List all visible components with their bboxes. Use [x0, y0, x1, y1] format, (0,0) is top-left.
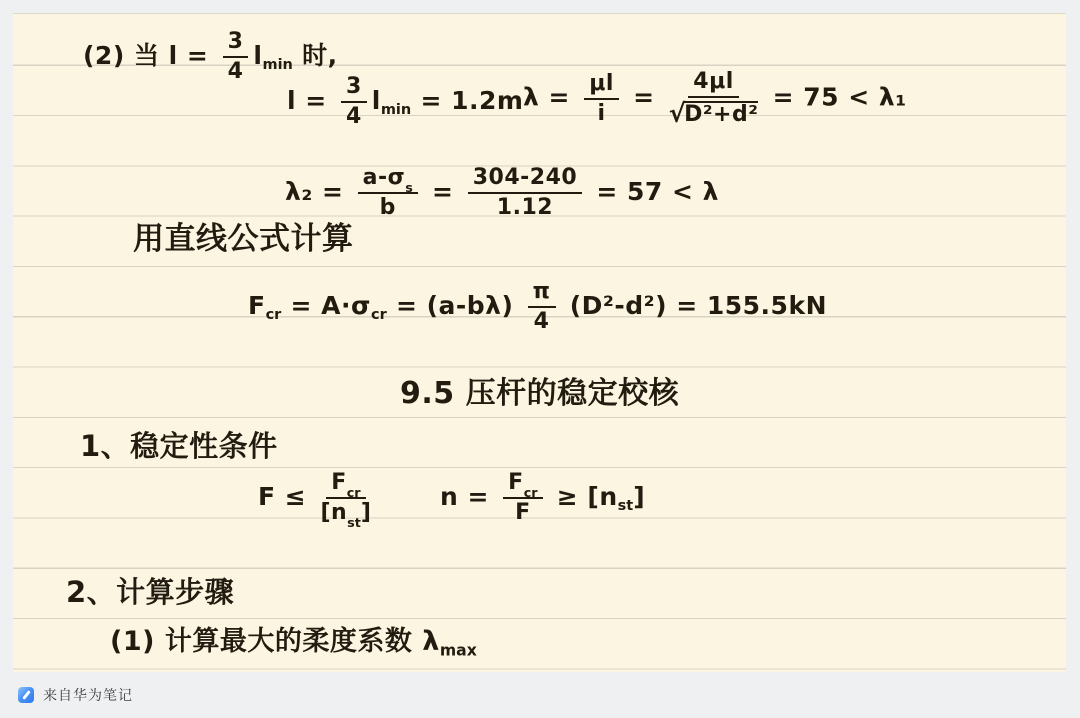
watermark-label: 来自华为笔记 — [43, 685, 133, 705]
formula-text: = — [423, 177, 463, 206]
note-text: 用直线公式计算 — [133, 221, 354, 257]
note-line-length-result: l = 34lmin = 1.2m — [287, 76, 523, 128]
formula-text: λ₂ = — [285, 177, 353, 206]
fraction-three-quarters: 34 — [223, 31, 249, 83]
formula-text: λ = — [523, 83, 579, 112]
fraction-fcr-over-f: FcrF — [503, 472, 542, 524]
fraction-numerator: 3 — [223, 31, 249, 58]
fraction-numerator: 3 — [341, 76, 367, 103]
note-line-stability-inequality: F ≤ Fcr[nst] — [258, 472, 376, 524]
subscript-cr: cr — [371, 307, 387, 323]
item-text: 2、计算步骤 — [66, 575, 234, 609]
subscript-min: min — [262, 57, 292, 73]
fraction-pi-over-4: π4 — [528, 281, 556, 333]
note-text: (1) 计算最大的柔度系数 λmax — [110, 626, 477, 657]
formula-text: n = — [440, 482, 498, 511]
fraction-denominator: 4 — [228, 58, 244, 83]
note-line-slenderness: λ = μli = 4μl√D²+d² = 75 < λ₁ — [523, 71, 907, 126]
fraction-numerator: Fcr — [326, 472, 365, 499]
formula-text: Fcr — [248, 291, 281, 320]
subscript-min: min — [381, 102, 411, 118]
formula-text: = (a-bλ) — [387, 291, 523, 320]
formula-text: = 75 < λ₁ — [763, 83, 906, 112]
fraction-denominator: 1.12 — [497, 194, 553, 219]
list-item-stability-condition: 1、稳定性条件 — [80, 430, 278, 463]
watermark-bar: 来自华为笔记 — [0, 672, 1080, 718]
fraction-fcr-over-nst: Fcr[nst] — [320, 472, 371, 524]
fraction-numerator: π — [528, 281, 556, 308]
note-line-use-straight-line-formula: 用直线公式计算 — [133, 222, 354, 258]
item-text: 1、稳定性条件 — [80, 429, 278, 463]
fraction-4mul-over-sqrt: 4μl√D²+d² — [669, 71, 759, 126]
formula-text: lmin — [372, 86, 411, 115]
fraction-denominator: F — [515, 499, 531, 524]
formula-text: (2) 当 l = — [83, 41, 218, 70]
formula-text: = 1.2m — [411, 86, 523, 115]
fraction-denominator: [nst] — [320, 499, 371, 524]
subscript-cr: cr — [266, 307, 282, 323]
formula-text: (D²-d²) = 155.5kN — [561, 291, 827, 320]
formula-text: lmin — [253, 41, 292, 70]
fraction-numerator: 4μl — [688, 71, 739, 98]
note-line-critical-force: Fcr = A·σcr = (a-bλ) π4 (D²-d²) = 155.5k… — [248, 281, 827, 333]
fraction-denominator: b — [380, 194, 396, 219]
note-line-step1: (1) 计算最大的柔度系数 λmax — [110, 626, 477, 657]
fraction-denominator: 4 — [346, 103, 362, 128]
fraction-three-quarters: 34 — [341, 76, 367, 128]
fraction-numerator: a-σs — [358, 167, 418, 194]
sqrt-radicand: D²+d² — [684, 101, 758, 126]
list-item-calculation-steps: 2、计算步骤 — [66, 576, 234, 609]
subscript-st: st — [618, 498, 634, 514]
fraction-mu-l-over-i: μli — [584, 73, 619, 125]
formula-text: = — [624, 83, 664, 112]
subscript-max: max — [440, 640, 477, 659]
formula-text: F ≤ — [258, 482, 315, 511]
pen-glyph — [22, 690, 31, 700]
fraction-denominator: √D²+d² — [669, 98, 759, 126]
note-line-lambda2: λ₂ = a-σsb = 304-2401.12 = 57 < λ — [285, 167, 719, 219]
huawei-note-screenshot: (2) 当 l = 34lmin 时, l = 34lmin = 1.2m λ … — [0, 0, 1080, 718]
fraction-numbers: 304-2401.12 — [468, 167, 582, 219]
heading-text: 9.5 压杆的稳定校核 — [400, 376, 679, 411]
formula-text: 时, — [293, 41, 338, 70]
section-heading: 9.5 压杆的稳定校核 — [400, 377, 679, 412]
fraction-numerator: Fcr — [503, 472, 542, 499]
formula-text: = 57 < λ — [587, 177, 719, 206]
fraction-a-minus-sigma-over-b: a-σsb — [358, 167, 418, 219]
fraction-denominator: i — [598, 100, 606, 125]
fraction-denominator: 4 — [534, 308, 550, 333]
huawei-notes-icon — [18, 687, 34, 703]
note-line-safety-factor: n = FcrF ≥ [nst] — [440, 472, 645, 524]
formula-text: l = — [287, 86, 336, 115]
fraction-numerator: μl — [584, 73, 619, 100]
fraction-numerator: 304-240 — [468, 167, 582, 194]
formula-text: = A·σcr — [281, 291, 386, 320]
formula-text: ≥ [nst] — [548, 482, 646, 511]
note-page: (2) 当 l = 34lmin 时, l = 34lmin = 1.2m λ … — [13, 13, 1066, 672]
